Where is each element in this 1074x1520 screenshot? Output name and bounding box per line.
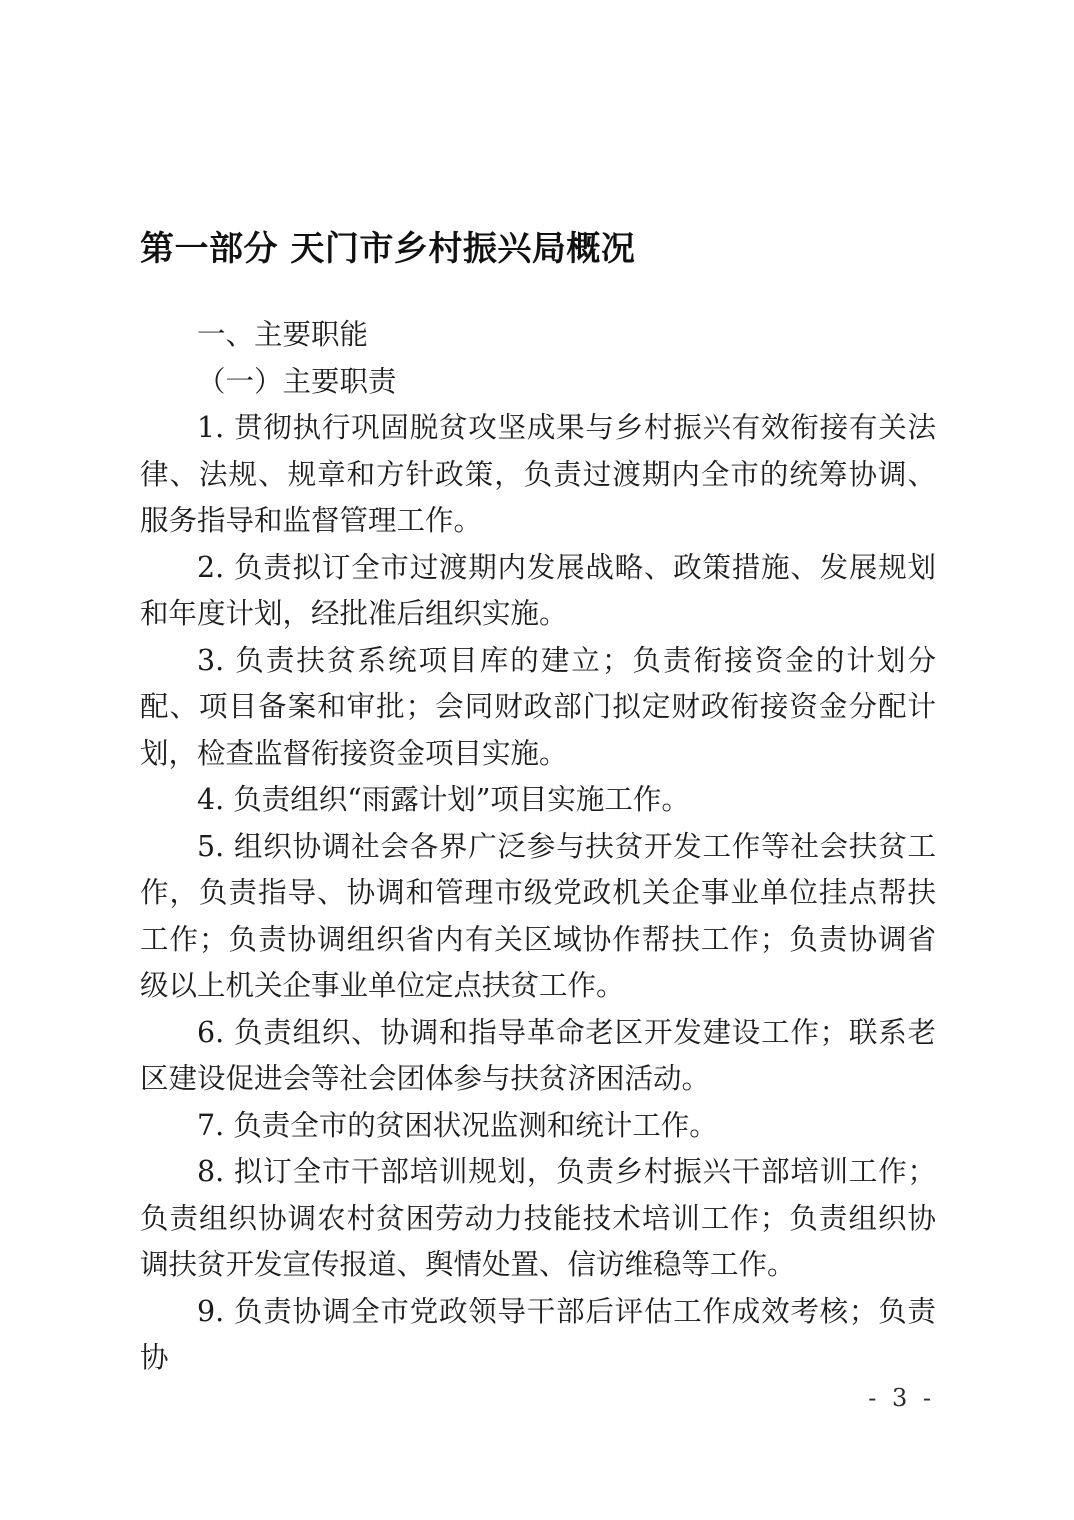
- duty-paragraph-2: 2. 负责拟订全市过渡期内发展战略、政策措施、发展规划和年度计划，经批准后组织实…: [140, 545, 936, 638]
- duty-paragraph-8: 8. 拟订全市干部培训规划，负责乡村振兴干部培训工作；负责组织协调农村贫困劳动力…: [140, 1149, 936, 1289]
- subsection-heading: （一）主要职责: [140, 359, 936, 406]
- duty-paragraph-1: 1. 贯彻执行巩固脱贫攻坚成果与乡村振兴有效衔接有关法律、法规、规章和方针政策，…: [140, 405, 936, 545]
- duty-paragraph-3: 3. 负责扶贫系统项目库的建立；负责衔接资金的计划分配、项目备案和审批；会同财政…: [140, 638, 936, 778]
- page-title: 第一部分 天门市乡村振兴局概况: [140, 226, 936, 272]
- duty-paragraph-5: 5. 组织协调社会各界广泛参与扶贫开发工作等社会扶贫工作，负责指导、协调和管理市…: [140, 824, 936, 1010]
- document-body: 一、主要职能 （一）主要职责 1. 贯彻执行巩固脱贫攻坚成果与乡村振兴有效衔接有…: [140, 312, 936, 1382]
- duty-paragraph-4: 4. 负责组织“雨露计划”项目实施工作。: [140, 777, 936, 824]
- section-heading: 一、主要职能: [140, 312, 936, 359]
- duty-paragraph-7: 7. 负责全市的贫困状况监测和统计工作。: [140, 1103, 936, 1150]
- document-page: 第一部分 天门市乡村振兴局概况 一、主要职能 （一）主要职责 1. 贯彻执行巩固…: [0, 0, 1074, 1520]
- duty-paragraph-9: 9. 负责协调全市党政领导干部后评估工作成效考核；负责协: [140, 1289, 936, 1382]
- page-number: - 3 -: [868, 1384, 935, 1412]
- document-content: 第一部分 天门市乡村振兴局概况 一、主要职能 （一）主要职责 1. 贯彻执行巩固…: [140, 226, 936, 1382]
- duty-paragraph-6: 6. 负责组织、协调和指导革命老区开发建设工作；联系老区建设促进会等社会团体参与…: [140, 1010, 936, 1103]
